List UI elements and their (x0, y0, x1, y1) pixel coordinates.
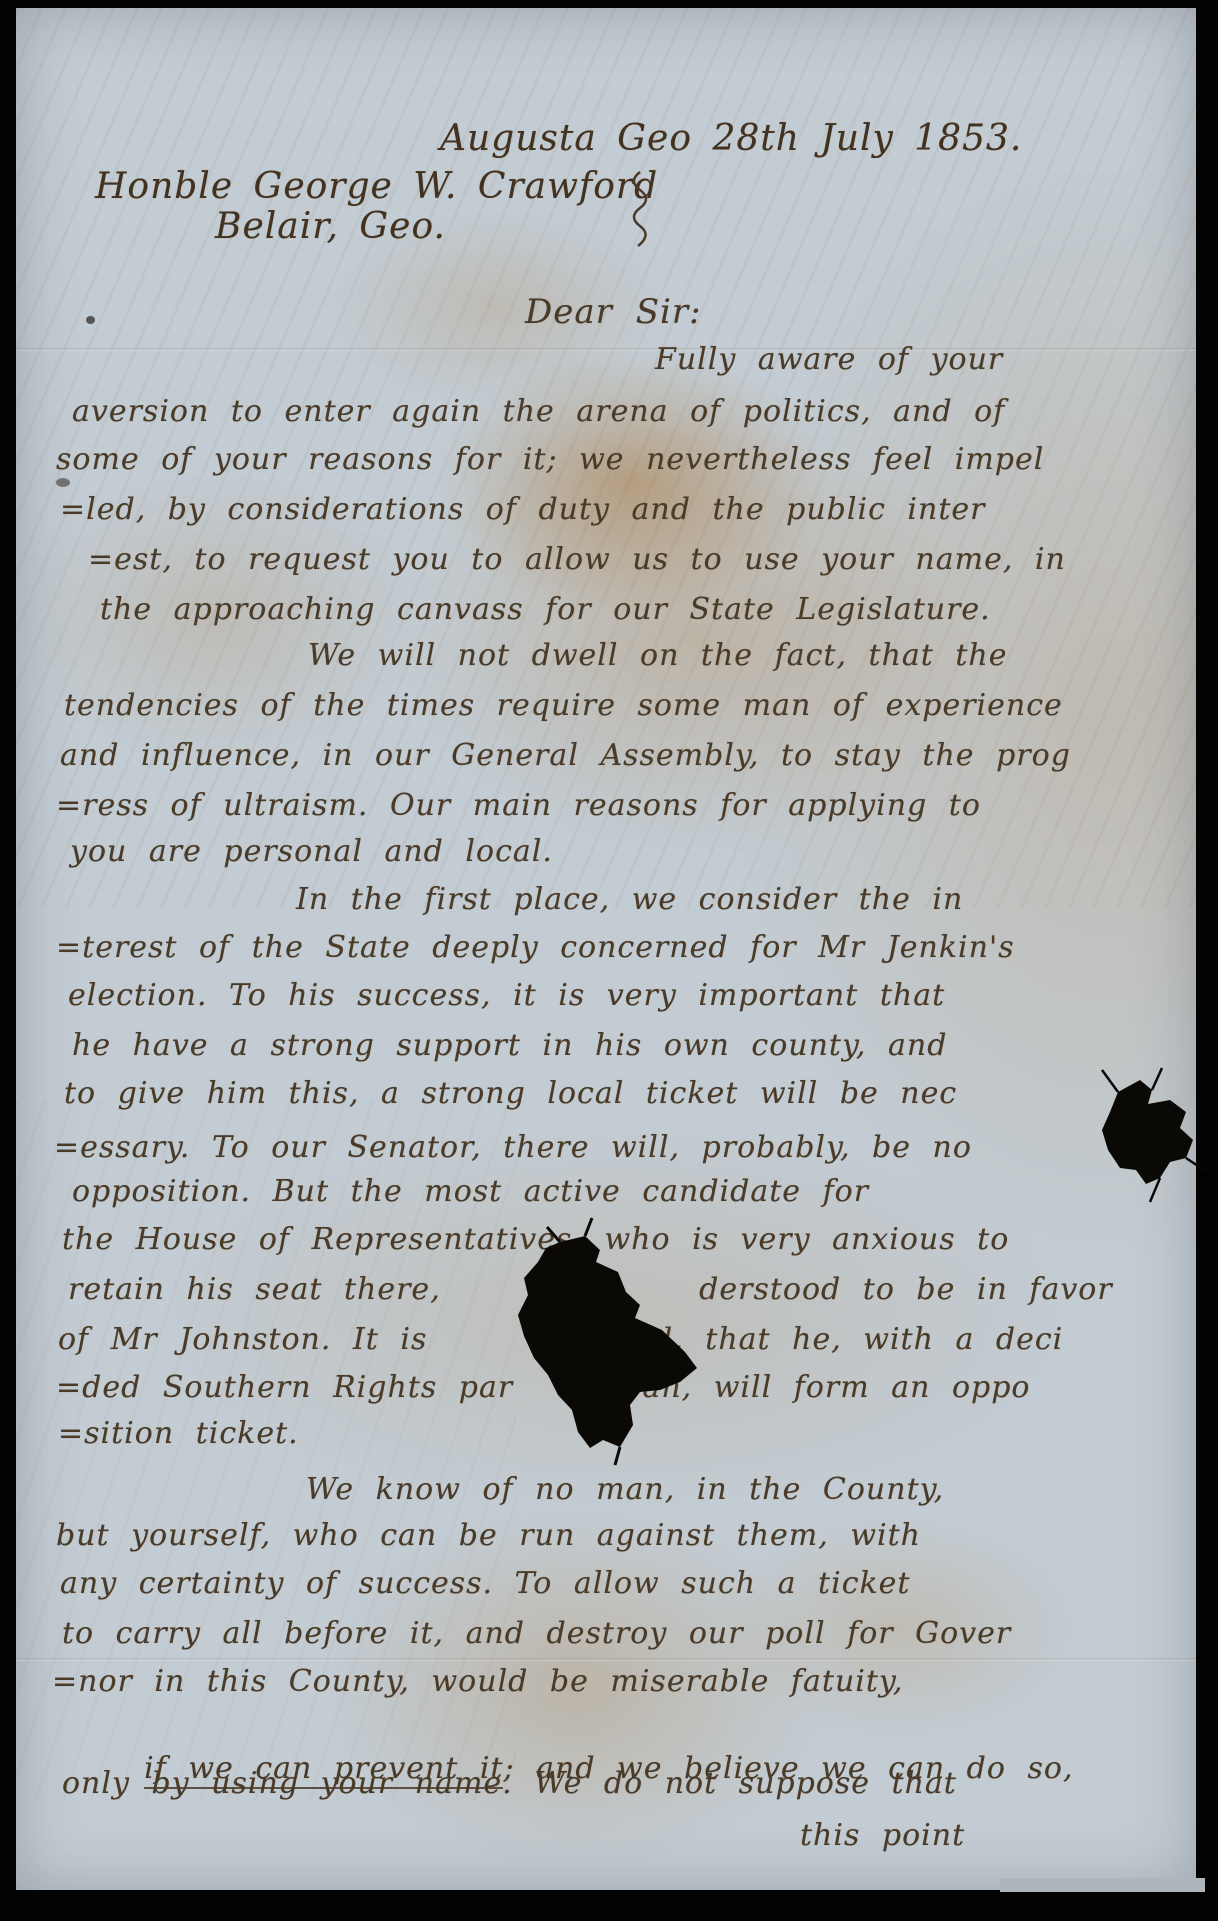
letter-scan: Augusta Geo 28th July 1853. Honble Georg… (0, 0, 1218, 1921)
letter-line: Fully aware of your (655, 342, 1003, 377)
letter-line: to give him this, a strong local ticket … (64, 1076, 957, 1111)
catchword: this point (800, 1818, 965, 1853)
letter-line: election. To his success, it is very imp… (68, 978, 945, 1013)
page-edge-beneath (1000, 1878, 1205, 1892)
letter-line: =ress of ultraism. Our main reasons for … (56, 788, 981, 823)
letter-line: and influence, in our General Assembly, … (60, 738, 1071, 773)
letter-line: =essary. To our Senator, there will, pro… (54, 1130, 972, 1165)
letter-line: he have a strong support in his own coun… (72, 1028, 947, 1063)
letter-line: to carry all before it, and destroy our … (62, 1616, 1011, 1651)
letter-line: =led, by considerations of duty and the … (60, 492, 985, 527)
letter-line: We know of no man, in the County, (306, 1472, 944, 1507)
letter-line: retain his seat there, derstood to be in… (68, 1272, 1113, 1307)
ink-speck (56, 478, 70, 487)
letter-line: only by using your name. We do not suppo… (62, 1766, 957, 1801)
letter-line: =sition ticket. (58, 1416, 299, 1451)
recipient-name: Honble George W. Crawford (95, 166, 658, 207)
letter-line: the approaching canvass for our State Le… (100, 592, 991, 627)
letter-line: In the first place, we consider the in (296, 882, 963, 917)
letter-line: opposition. But the most active candidat… (72, 1174, 869, 1209)
recipient-address: Belair, Geo. (215, 206, 446, 247)
letter-line: any certainty of success. To allow such … (60, 1566, 911, 1601)
dateline: Augusta Geo 28th July 1853. (440, 118, 1022, 159)
letter-line: but yourself, who can be run against the… (56, 1518, 921, 1553)
letter-line: =terest of the State deeply concerned fo… (56, 930, 1015, 965)
letter-line: of Mr Johnston. It is ted, that he, with… (58, 1322, 1063, 1357)
salutation: Dear Sir: (525, 292, 702, 332)
letter-line: =est, to request you to allow us to use … (88, 542, 1066, 577)
letter-line: you are personal and local. (70, 834, 553, 869)
letter-line: aversion to enter again the arena of pol… (72, 394, 1005, 429)
letter-line: tendencies of the times require some man… (64, 688, 1063, 723)
letter-line: =ded Southern Rights par an, will form a… (56, 1370, 1030, 1405)
letter-line: We will not dwell on the fact, that the (308, 638, 1008, 673)
letter-line: =nor in this County, would be miserable … (52, 1664, 903, 1699)
ink-speck (86, 316, 95, 324)
letter-line: some of your reasons for it; we neverthe… (56, 442, 1044, 477)
letter-line: the House of Representatives, who is ver… (62, 1222, 1009, 1257)
